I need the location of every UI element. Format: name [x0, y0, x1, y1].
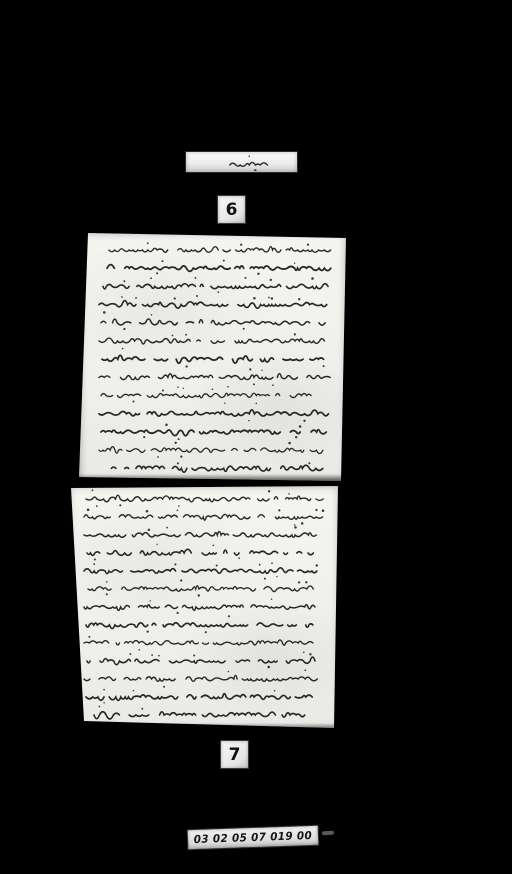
page-number-label: 6	[226, 200, 238, 220]
page-edge-shadow	[68, 723, 340, 730]
archive-code-strip: 03 02 05 07 019 00	[188, 826, 319, 850]
dust-speck	[322, 831, 334, 836]
manuscript-page-6	[79, 232, 347, 481]
manuscript-page-7	[68, 485, 340, 730]
page-number-label: 7	[229, 745, 241, 765]
title-strip-handwriting	[192, 153, 292, 171]
handwriting-page-6	[79, 232, 347, 481]
page-number-tile-7: 7	[221, 741, 248, 768]
page-edge-shadow	[79, 474, 347, 481]
archive-code-text: 03 02 05 07 019 00	[194, 829, 313, 846]
page-number-tile-6: 6	[218, 196, 245, 223]
title-strip	[186, 152, 297, 172]
photograph-stage: 6 7 03 02 05 07 019 00	[0, 0, 512, 874]
handwriting-page-7	[68, 485, 340, 730]
